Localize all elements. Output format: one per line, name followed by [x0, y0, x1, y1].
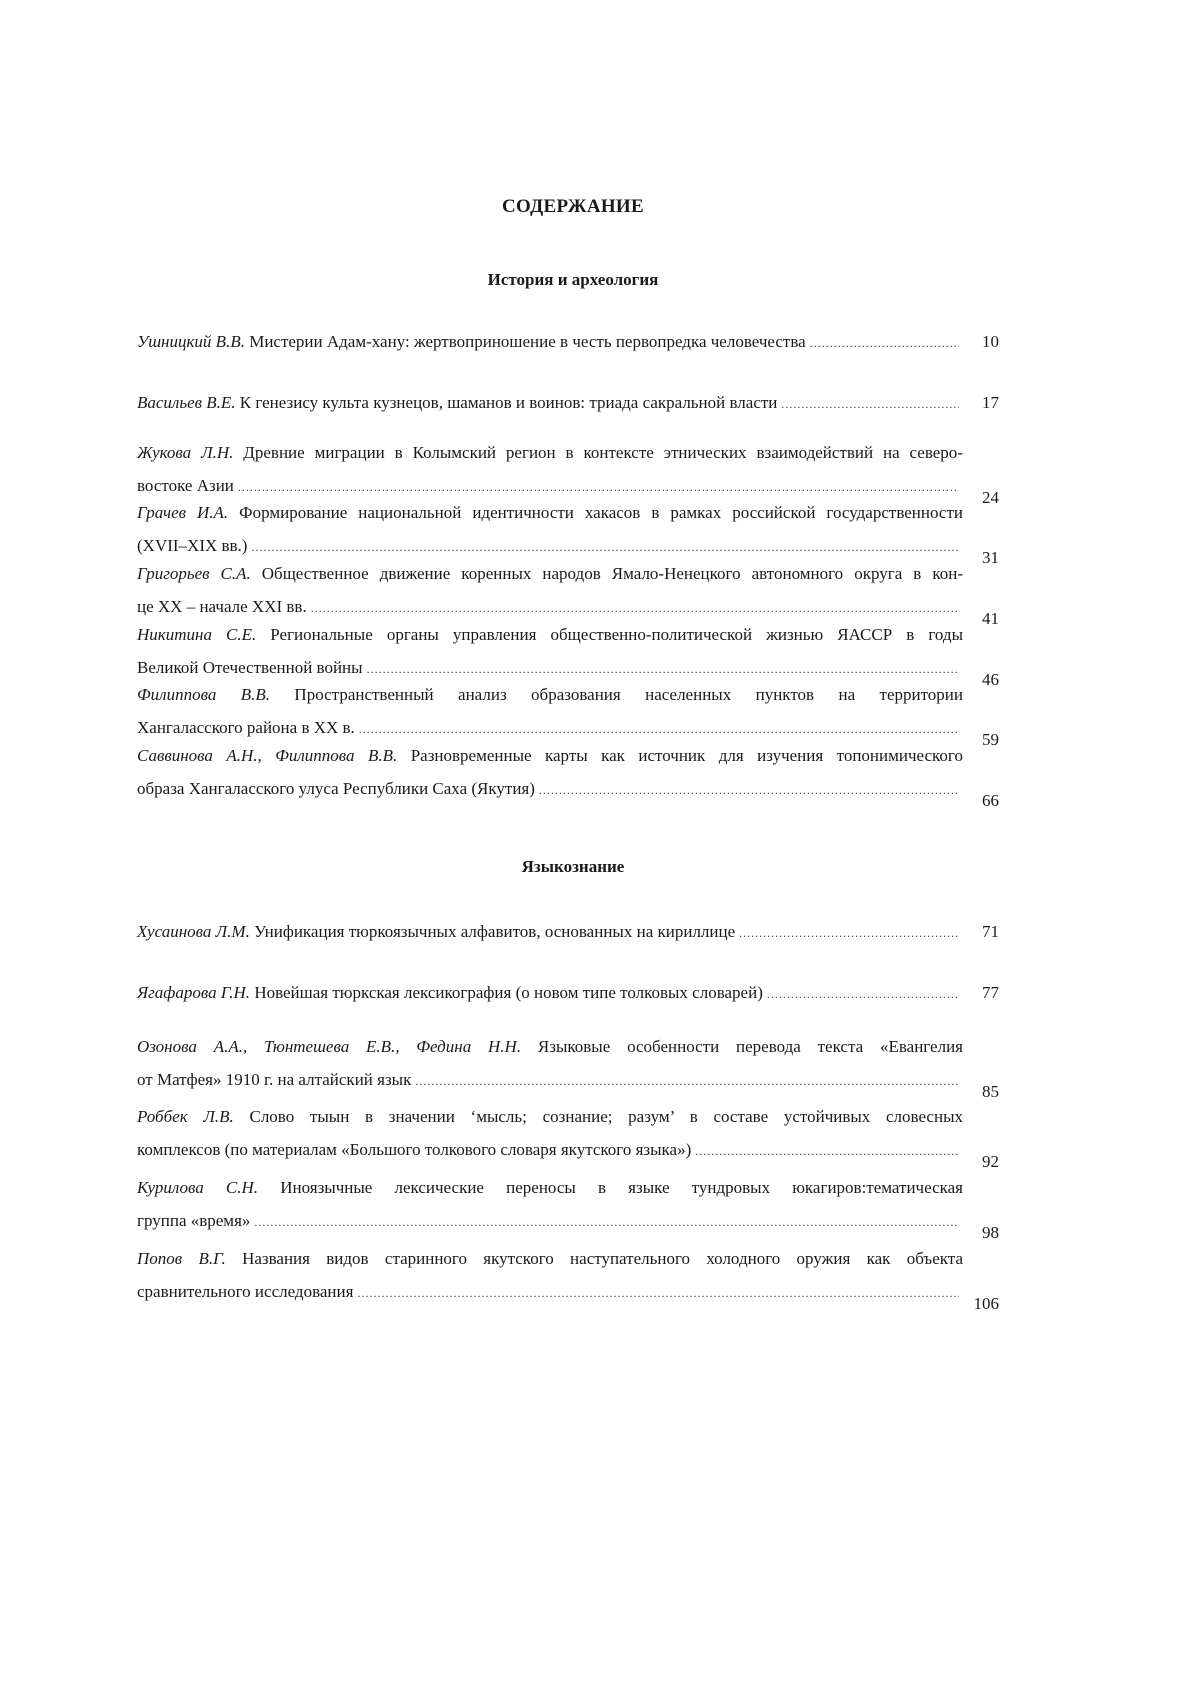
page-number: 71 [982, 915, 999, 948]
toc-entry[interactable]: Озонова А.А., Тюнтешева Е.В., Федина Н.Н… [137, 1030, 999, 1098]
entry-author: Грачев И.А. [137, 503, 228, 522]
entry-title: Разновременные карты как источник для из… [397, 746, 963, 765]
entry-author: Попов В.Г. [137, 1249, 226, 1268]
entry-title: Пространственный анализ образования насе… [270, 685, 963, 704]
entry-title: Формирование национальной идентичности х… [228, 503, 963, 522]
entry-title: Региональные органы управления обществен… [256, 625, 963, 644]
entry-author: Озонова А.А., Тюнтешева Е.В., Федина Н.Н… [137, 1037, 521, 1056]
page-number: 106 [974, 1287, 1000, 1320]
page-number: 66 [982, 784, 999, 817]
entry-title-cont: образа Хангаласского улуса Республики Са… [137, 772, 535, 805]
leader-dots [739, 917, 959, 950]
entry-title-cont: комплексов (по материалам «Большого толк… [137, 1133, 691, 1166]
toc-entry[interactable]: Попов В.Г. Названия видов старинного яку… [137, 1242, 999, 1310]
page-number: 10 [982, 325, 999, 358]
toc-entry[interactable]: Никитина С.Е. Региональные органы управл… [137, 618, 999, 686]
leader-dots [254, 1206, 959, 1239]
entry-title: Унификация тюркоязычных алфавитов, основ… [250, 922, 735, 941]
entry-author: Роббек Л.В. [137, 1107, 234, 1126]
leader-dots [539, 774, 959, 807]
leader-dots [695, 1135, 959, 1168]
entry-author: Хусаинова Л.М. [137, 922, 250, 941]
leader-dots [767, 978, 959, 1011]
page-title: СОДЕРЖАНИЕ [0, 196, 1146, 218]
entry-author: Никитина С.Е. [137, 625, 256, 644]
toc-entry[interactable]: Васильев В.Е. К генезису культа кузнецов… [137, 386, 999, 421]
section-title: История и археология [0, 270, 1146, 290]
entry-author: Саввинова А.Н., Филиппова В.В. [137, 746, 397, 765]
entry-title-cont: сравнительного исследования [137, 1275, 353, 1308]
entry-title: Древние миграции в Колымский регион в ко… [233, 443, 963, 462]
entry-title: Общественное движение коренных народов Я… [251, 564, 963, 583]
entry-author: Филиппова В.В. [137, 685, 270, 704]
toc-entry[interactable]: Грачев И.А. Формирование национальной ид… [137, 496, 999, 564]
entry-title: Слово тыын в значении ‘мысль; сознание; … [234, 1107, 963, 1126]
entry-title-cont: группа «время» [137, 1204, 250, 1237]
entry-author: Курилова С.Н. [137, 1178, 258, 1197]
leader-dots [415, 1065, 959, 1098]
entry-author: Жукова Л.Н. [137, 443, 233, 462]
entry-title: Названия видов старинного якутского наст… [226, 1249, 963, 1268]
toc-entry[interactable]: Жукова Л.Н. Древние миграции в Колымский… [137, 436, 999, 504]
toc-entry[interactable]: Роббек Л.В. Слово тыын в значении ‘мысль… [137, 1100, 999, 1168]
entry-title-cont: от Матфея» 1910 г. на алтайский язык [137, 1063, 411, 1096]
entry-author: Васильев В.Е. [137, 393, 236, 412]
leader-dots [781, 388, 959, 421]
toc-entry[interactable]: Филиппова В.В. Пространственный анализ о… [137, 678, 999, 746]
entry-title: К генезису культа кузнецов, шаманов и во… [236, 393, 778, 412]
section-title: Языкознание [0, 857, 1146, 877]
toc-entry[interactable]: Курилова С.Н. Иноязычные лексические пер… [137, 1171, 999, 1239]
toc-entry[interactable]: Хусаинова Л.М. Унификация тюркоязычных а… [137, 915, 999, 950]
toc-entry[interactable]: Григорьев С.А. Общественное движение кор… [137, 557, 999, 625]
entry-title: Мистерии Адам-хану: жертвоприношение в ч… [245, 332, 806, 351]
toc-entry[interactable]: Ушницкий В.В. Мистерии Адам-хану: жертво… [137, 325, 999, 360]
entry-title: Иноязычные лексические переносы в языке … [258, 1178, 963, 1197]
page-number: 77 [982, 976, 999, 1009]
entry-author: Ушницкий В.В. [137, 332, 245, 351]
toc-entry[interactable]: Саввинова А.Н., Филиппова В.В. Разноврем… [137, 739, 999, 807]
entry-title: Языковые особенности перевода текста «Ев… [521, 1037, 963, 1056]
entry-title: Новейшая тюркская лексикография (о новом… [250, 983, 763, 1002]
leader-dots [810, 327, 959, 360]
entry-author: Григорьев С.А. [137, 564, 251, 583]
page-number: 17 [982, 386, 999, 419]
toc-entry[interactable]: Ягафарова Г.Н. Новейшая тюркская лексико… [137, 976, 999, 1011]
leader-dots [357, 1277, 959, 1310]
entry-author: Ягафарова Г.Н. [137, 983, 250, 1002]
